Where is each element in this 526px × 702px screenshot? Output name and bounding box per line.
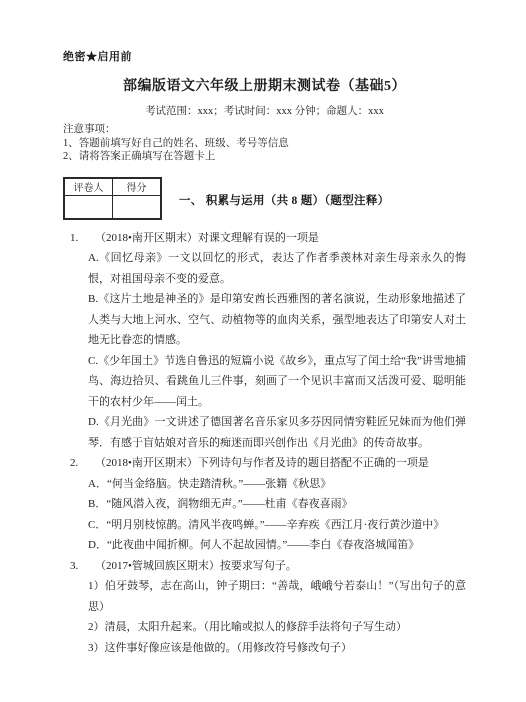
- question-1-option-a: A.《回忆母亲》一文以回忆的形式，表达了作者季羡林对亲生母亲永久的悔恨，对祖国母…: [88, 248, 466, 289]
- question-3-subitem-3: 3）这件事好像应该是他做的。（用修改符号修改句子）: [88, 638, 466, 659]
- question-1-stem: （2018•南开区期末）对课文理解有误的一项是: [95, 228, 466, 249]
- page-title: 部编版语文六年级上册期末测试卷（基础5）: [63, 75, 466, 95]
- scorebox-and-section-row: 评卷人 得分 一、 积累与运用（共 8 题）（题型注释）: [63, 177, 466, 220]
- question-3-subitem-2: 2）清晨，太阳升起来。（用比喻或拟人的修辞手法将句子写生动）: [88, 617, 466, 638]
- question-3-number: 3.: [63, 556, 95, 577]
- question-3-stem: （2017•管城回族区期末）按要求写句子。: [95, 556, 466, 577]
- score-table-header-score: 得分: [113, 178, 162, 196]
- question-2-number: 2.: [63, 453, 95, 474]
- question-2: 2. （2018•南开区期末）下列诗句与作者及诗的题目搭配不正确的一项是 A．“…: [63, 453, 466, 556]
- question-2-option-b: B．“随风潜入夜，润物细无声。”——杜甫《春夜喜雨》: [88, 494, 466, 515]
- score-table-cell-grader: [64, 195, 113, 219]
- question-1-number: 1.: [63, 228, 95, 249]
- score-table-cell-score: [113, 195, 162, 219]
- secret-banner: 绝密★启用前: [63, 48, 466, 64]
- questions-area: 1. （2018•南开区期末）对课文理解有误的一项是 A.《回忆母亲》一文以回忆…: [63, 228, 466, 659]
- notice-block: 注意事项： 1、答题前填写好自己的姓名、班级、考号等信息 2、请将答案正确填写在…: [63, 123, 466, 164]
- question-2-stem-row: 2. （2018•南开区期末）下列诗句与作者及诗的题目搭配不正确的一项是: [63, 453, 466, 474]
- exam-paper-page: 绝密★启用前 部编版语文六年级上册期末测试卷（基础5） 考试范围：xxx；考试时…: [0, 0, 526, 702]
- question-1-option-d: D.《月光曲》一文讲述了德国著名音乐家贝多芬因同情穷鞋匠兄妹而为他们弹琴．有感于…: [88, 412, 466, 453]
- score-table: 评卷人 得分: [63, 177, 162, 220]
- question-2-option-d: D．“此夜曲中闻折柳。何人不起故园情。”——李白《春夜洛城闻笛》: [88, 535, 466, 556]
- page-content: 绝密★启用前 部编版语文六年级上册期末测试卷（基础5） 考试范围：xxx；考试时…: [63, 48, 466, 658]
- question-1-option-b: B.《这片土地是神圣的》是印第安酋长西雅图的著名演说，生动形象地描述了人类与大地…: [88, 289, 466, 351]
- notice-label: 注意事项：: [63, 123, 466, 137]
- score-table-header-grader: 评卷人: [64, 178, 113, 196]
- exam-info-line: 考试范围：xxx；考试时间：xxx 分钟；命题人：xxx: [63, 103, 466, 118]
- question-3-subitem-1: 1）伯牙鼓琴，志在高山，钟子期曰：“善哉，峨峨兮若泰山！”（写出句子的意思）: [88, 576, 466, 617]
- section-title: 一、 积累与运用（共 8 题）（题型注释）: [179, 192, 389, 208]
- question-3: 3. （2017•管城回族区期末）按要求写句子。 1）伯牙鼓琴，志在高山，钟子期…: [63, 556, 466, 659]
- question-2-stem: （2018•南开区期末）下列诗句与作者及诗的题目搭配不正确的一项是: [95, 453, 466, 474]
- question-1: 1. （2018•南开区期末）对课文理解有误的一项是 A.《回忆母亲》一文以回忆…: [63, 228, 466, 454]
- question-2-option-c: C．“明月别枝惊鹊。清风半夜鸣蝉。”——辛弃疾《西江月·夜行黄沙道中》: [88, 515, 466, 536]
- question-3-stem-row: 3. （2017•管城回族区期末）按要求写句子。: [63, 556, 466, 577]
- question-1-option-c: C.《少年国土》节选自鲁迅的短篇小说《故乡》，重点写了闰土给“我”讲雪地捕鸟、海…: [88, 351, 466, 413]
- question-2-option-a: A．“何当金络脑。快走踏清秋。”——张籍《秋思》: [88, 474, 466, 495]
- notice-item-1: 1、答题前填写好自己的姓名、班级、考号等信息: [63, 137, 466, 151]
- notice-item-2: 2、请将答案正确填写在答题卡上: [63, 150, 466, 164]
- question-1-stem-row: 1. （2018•南开区期末）对课文理解有误的一项是: [63, 228, 466, 249]
